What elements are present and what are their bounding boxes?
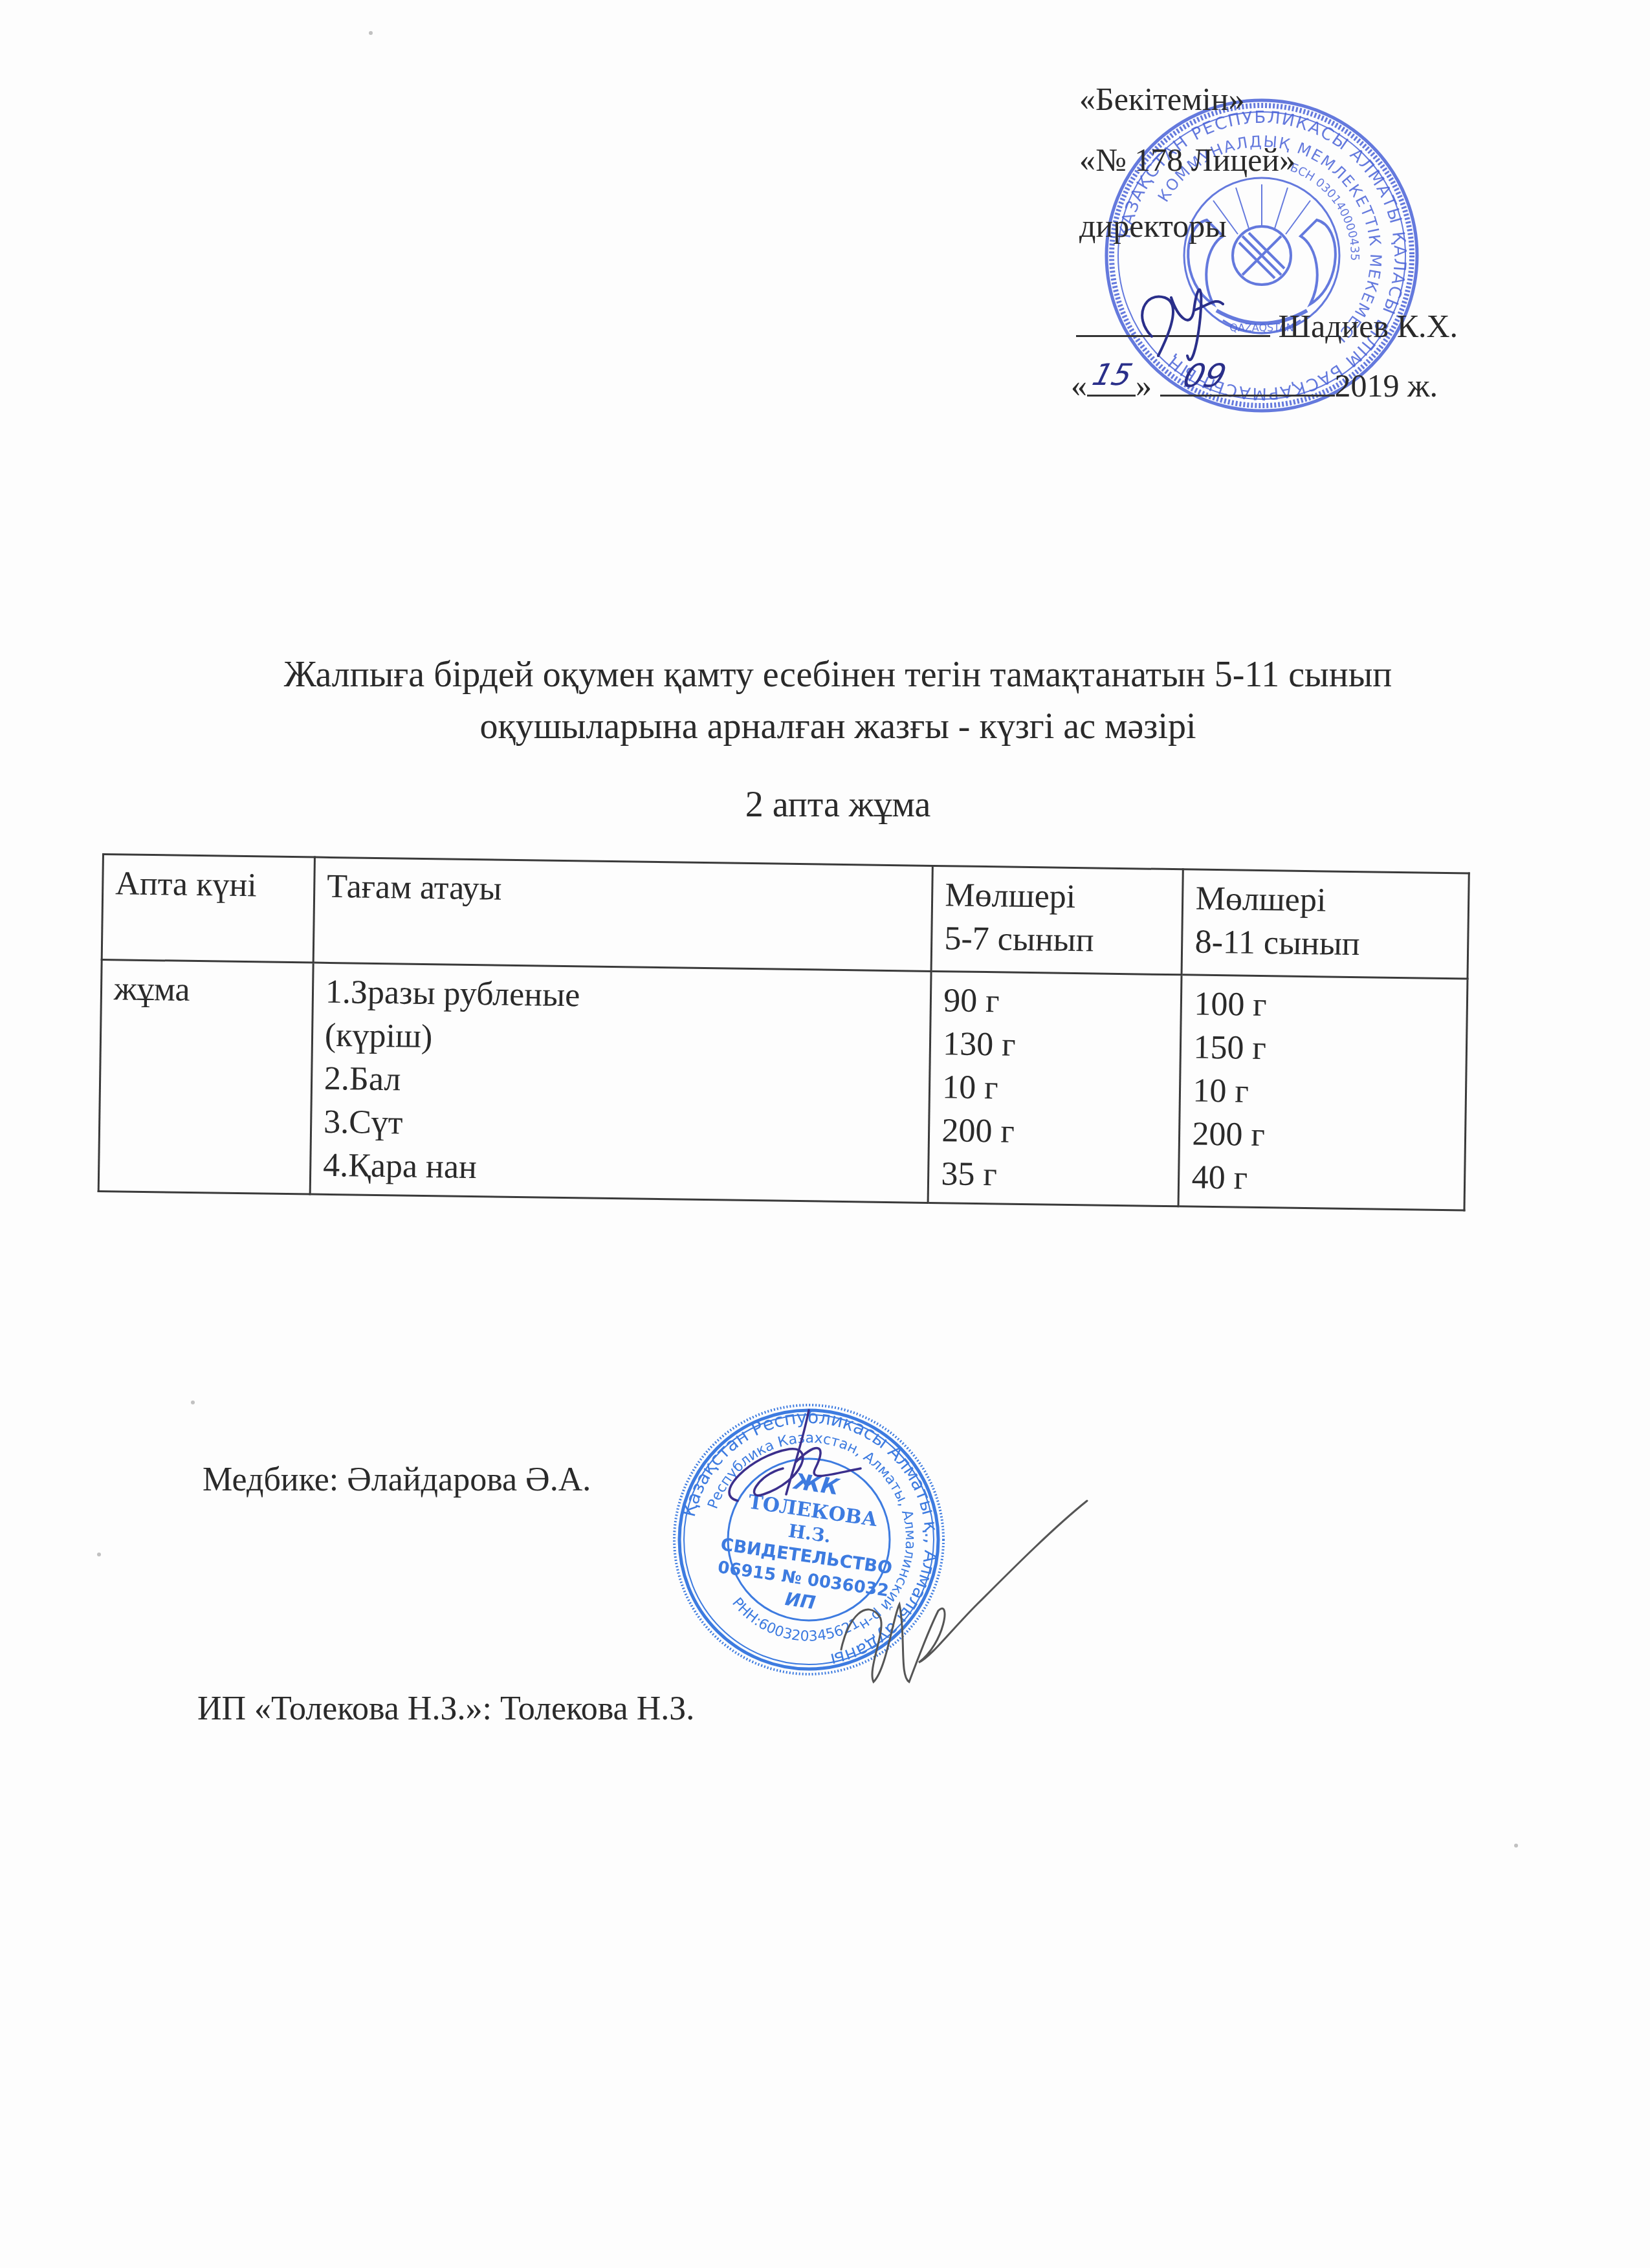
cell-day: жұма [98, 960, 313, 1195]
dish-item: (күріш) [325, 1014, 918, 1065]
svg-text:ИП: ИП [784, 1588, 817, 1613]
qty-value: 130 г [943, 1022, 1169, 1069]
table-header-row: Апта күні Тағам атауы Мөлшері 5-7 сынып … [102, 855, 1469, 979]
supplier-signature-label: ИП «Толекова Н.З.»: Толекова Н.З. [197, 1690, 694, 1728]
document-title: Жалпыға бірдей оқумен қамту есебінен тег… [194, 649, 1482, 752]
qty-value: 90 г [943, 979, 1169, 1025]
title-line-1: Жалпыға бірдей оқумен қамту есебінен тег… [194, 649, 1482, 701]
menu-table: Апта күні Тағам атауы Мөлшері 5-7 сынып … [98, 853, 1470, 1211]
qty-value: 200 г [941, 1109, 1167, 1155]
supplier-signature [822, 1488, 1094, 1695]
dish-item: 1.Зразы рубленые [325, 970, 918, 1022]
institution-name: «№ 178 Лицей» [1079, 144, 1295, 176]
dish-item: 4.Қара нан [323, 1144, 916, 1195]
header-qty-8-11: Мөлшері 8-11 сынып [1182, 869, 1469, 979]
scan-speck [97, 1553, 101, 1556]
scan-speck [369, 31, 373, 35]
date-year: 2019 ж. [1335, 367, 1438, 404]
cell-dishes: 1.Зразы рубленые (күріш) 2.Бал 3.Сүт 4.Қ… [310, 963, 931, 1203]
qty-value: 40 г [1191, 1156, 1452, 1203]
table-row: жұма 1.Зразы рубленые (күріш) 2.Бал 3.Сү… [98, 960, 1468, 1210]
header-dish: Тағам атауы [313, 857, 933, 971]
dish-item: 3.Сүт [324, 1100, 917, 1152]
cell-qty-8-11: 100 г 150 г 10 г 200 г 40 г [1178, 975, 1468, 1210]
director-position: директоры [1079, 210, 1227, 242]
cell-qty-5-7: 90 г 130 г 10 г 200 г 35 г [928, 971, 1182, 1206]
director-name: Шадиев К.Х. [1279, 308, 1458, 344]
document-subtitle: 2 апта жұма [194, 784, 1482, 825]
header-day: Апта күні [102, 855, 314, 963]
qty-value: 200 г [1192, 1113, 1453, 1160]
qty-value: 150 г [1193, 1026, 1454, 1073]
nurse-signature-label: Медбике: Әлайдарова Ә.А. [203, 1461, 591, 1499]
title-line-2: оқушыларына арналған жазғы - күзгі ас мә… [194, 701, 1482, 752]
qty-value: 10 г [1193, 1069, 1453, 1117]
date-quote-open: « [1071, 367, 1087, 404]
qty-value: 10 г [942, 1065, 1168, 1112]
approved-label: «Бекітемін» [1079, 83, 1244, 115]
qty-value: 35 г [941, 1152, 1167, 1199]
qty-value: 100 г [1194, 983, 1455, 1030]
dish-item: 2.Бал [324, 1057, 918, 1109]
scan-speck [191, 1401, 195, 1404]
header-qty-5-7: Мөлшері 5-7 сынып [931, 866, 1183, 974]
scan-speck [1514, 1844, 1518, 1848]
